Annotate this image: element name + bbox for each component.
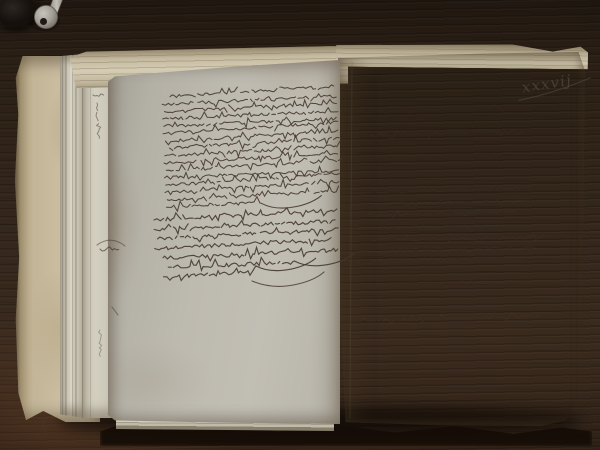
- right-page-blank: [338, 52, 586, 426]
- key-hole: [40, 18, 47, 25]
- key-head: [34, 5, 57, 28]
- left-page-written: [108, 60, 340, 424]
- page-edge-stack: [60, 54, 84, 418]
- photo-canvas: xxxvij: [0, 0, 600, 450]
- metal-key-icon: [30, 0, 78, 38]
